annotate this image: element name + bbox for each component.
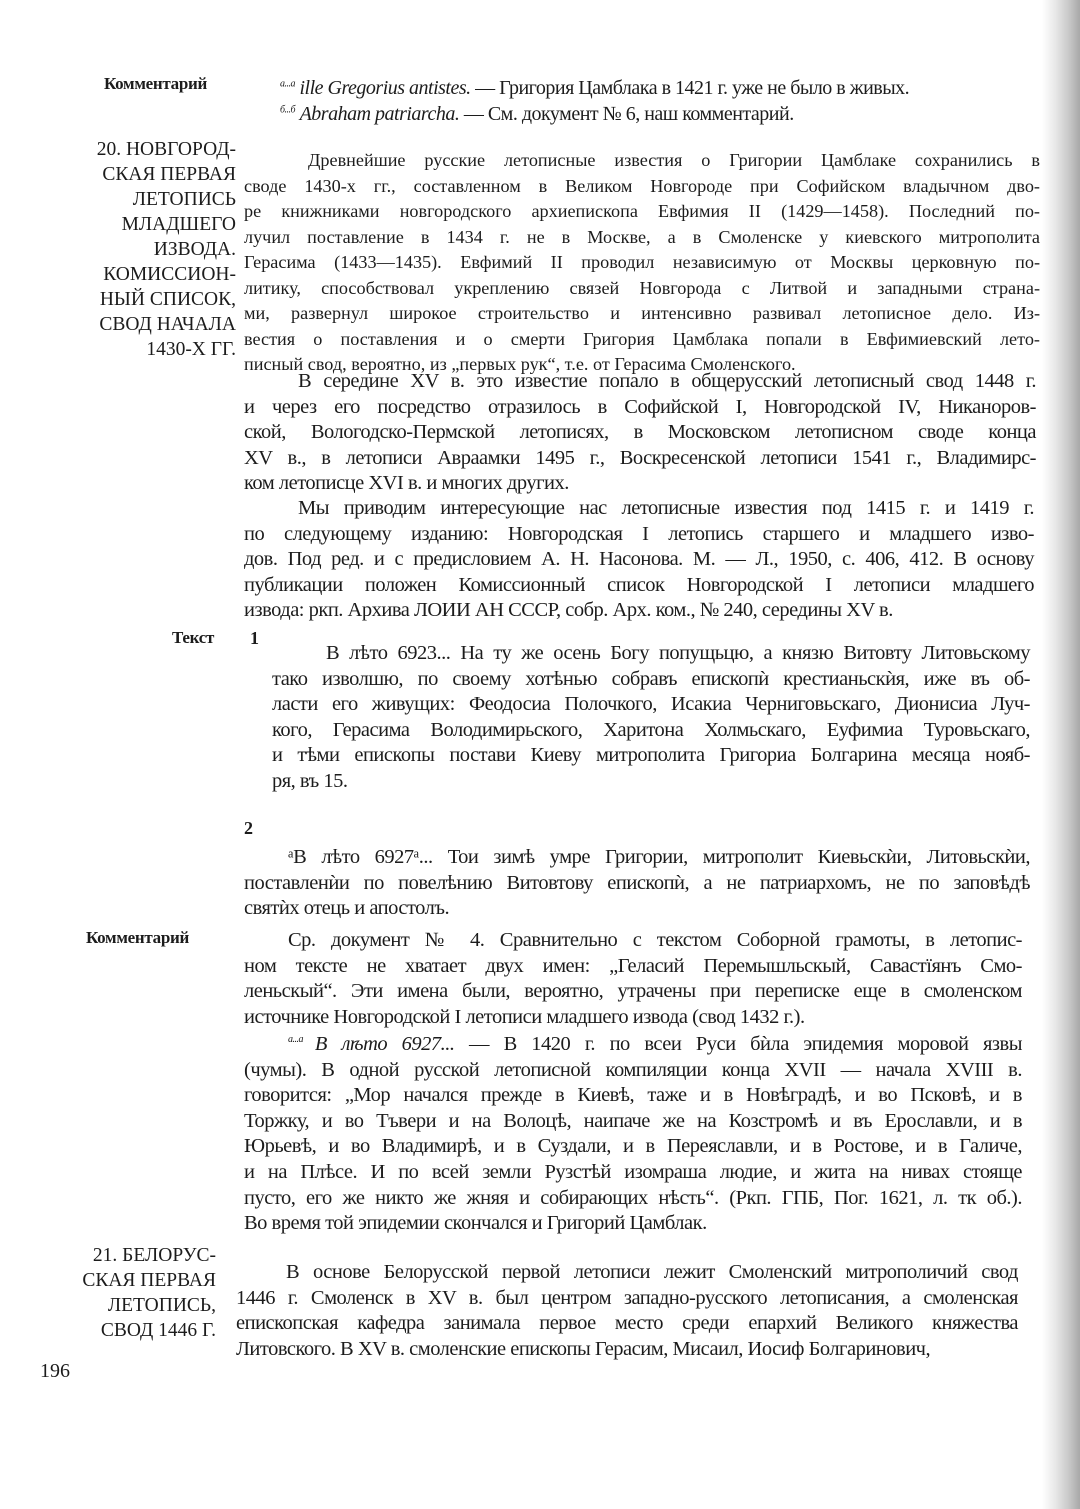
heading-line: СВОД 1446 Г. — [16, 1318, 216, 1343]
heading-line: ИЗВОДА. — [36, 237, 236, 262]
heading-line: СКАЯ ПЕРВАЯ — [16, 1268, 216, 1293]
text-line: и на Плѣсе. И по всей земли Рузстѣй изом… — [244, 1160, 1022, 1185]
heading-line: СКАЯ ПЕРВАЯ — [36, 162, 236, 187]
page-number: 196 — [40, 1360, 70, 1383]
note-mark: б...б — [280, 104, 295, 115]
text-line: 1446 г. Смоленск в XV в. был центром зап… — [236, 1286, 1018, 1311]
heading-line: НЫЙ СПИСОК, — [36, 287, 236, 312]
text-line: Мы приводим интересующие нас летописные … — [298, 496, 1034, 521]
text-line: В середине XV в. это известие попало в о… — [298, 369, 1036, 394]
text-line: и тѣми епископы постави Киеву митрополит… — [272, 743, 1030, 768]
comment-label-top: Комментарий — [104, 74, 207, 94]
text-line: извода: ркп. Архива ЛОИИ АН СССР, собр. … — [244, 598, 1034, 623]
text-line: по следующему изданию: Новгородская I ле… — [244, 522, 1034, 547]
text-line: В основе Белорусской первой летописи леж… — [286, 1260, 1018, 1285]
text-line: ᵃВ лѣто 6927ᵃ... Тои зимѣ умре Григории,… — [288, 845, 1030, 870]
note-text: — В 1420 г. по всеи Руси бѝла эпидемия м… — [455, 1033, 1022, 1055]
text-line: Торжку, и во Тъвери и на Волоцѣ, наипаче… — [244, 1109, 1022, 1134]
text-line: публикации положен Комиссионный список Н… — [244, 573, 1034, 598]
text-line: епископская кафедра занимала первое мест… — [236, 1311, 1018, 1336]
text-line: кого, Герасима Володимирьского, Харитона… — [272, 718, 1030, 743]
text-line: пусто, его же никто же жняя и собирающих… — [244, 1186, 1022, 1211]
text-line: ской, Вологодско-Пермской летописях, в М… — [244, 420, 1036, 445]
text-line: тако изволшю, по своему хотѣнью собравъ … — [272, 667, 1030, 692]
text-label: Текст — [172, 628, 214, 648]
text-line: Литовского. В XV в. смоленские епископы … — [236, 1337, 1018, 1362]
text-line: ласти его живущих: Феодосиа Полочкого, И… — [272, 692, 1030, 717]
text-line: ми, развернул широкое строительство и ин… — [244, 301, 1040, 326]
text-line: Древнейшие русские летописные известия о… — [308, 148, 1040, 173]
heading-line: МЛАДШЕГО — [36, 212, 236, 237]
note-italic: В лѣто 6927... — [315, 1033, 455, 1055]
text-line: говорится: „Мор начался прежде в Киевѣ, … — [244, 1083, 1022, 1108]
text-line: Во время той эпидемии скончался и Григор… — [244, 1211, 1022, 1236]
comment-label: Комментарий — [86, 928, 189, 948]
heading-line: КОМИССИОН- — [36, 262, 236, 287]
heading-line: СВОД НАЧАЛА — [36, 312, 236, 337]
heading-line: 21. БЕЛОРУС- — [16, 1243, 216, 1268]
note-mark: а...а — [288, 1034, 315, 1045]
text-line: леньскый“. Эти имена были, вероятно, утр… — [244, 979, 1022, 1004]
heading-line: 20. НОВГОРОД- — [36, 137, 236, 162]
note-latin: ille Gregorius antistes. — [300, 77, 471, 99]
text-line: литику, способствовал укреплению связей … — [244, 276, 1040, 301]
text-line: вестия о поставления и о смерти Григория… — [244, 327, 1040, 352]
text-line: ре книжниками новгородского архиепископа… — [244, 199, 1040, 224]
note-mark: а...а — [280, 78, 295, 89]
note-text: — См. документ № 6, наш комментарий. — [459, 103, 793, 125]
text-line: святѝх отець и апостолъ. — [244, 896, 1030, 921]
text-line: ря, въ 15. — [272, 769, 1030, 794]
text-number-2: 2 — [244, 818, 253, 839]
text-line: (чумы). В одной русской летописной компи… — [244, 1058, 1022, 1083]
text-line: своде 1430-х гг., составленном в Великом… — [244, 174, 1040, 199]
text-line: XV в., в летописи Авраамки 1495 г., Воск… — [244, 446, 1036, 471]
heading-line: ЛЕТОПИСЬ, — [16, 1293, 216, 1318]
text-line: В лѣто 6923... На ту же осень Богу попущ… — [326, 641, 1030, 666]
text-line: и через его посредство отразилось в Софи… — [244, 395, 1036, 420]
text-line: Ср. документ № 4. Сравнительно с текстом… — [288, 928, 1022, 953]
text-line: а...а В лѣто 6927... — В 1420 г. по всеи… — [288, 1032, 1022, 1057]
heading-line: ЛЕТОПИСЬ — [36, 187, 236, 212]
text-line: Герасима (1433—1435). Евфимий II проводи… — [244, 250, 1040, 275]
text-line: Юрьевѣ, и во Владимирѣ, и в Суздали, и в… — [244, 1134, 1022, 1159]
book-spine-shadow — [1042, 0, 1080, 1509]
heading-line: 1430-Х ГГ. — [36, 337, 236, 362]
text-line: дов. Под ред. и с предисловием А. Н. Нас… — [244, 547, 1034, 572]
text-line: источнике Новгородской I летописи младше… — [244, 1005, 1022, 1030]
text-line: поставленѝи по повелѣнию Витовтову еписк… — [244, 871, 1030, 896]
text-number-1: 1 — [250, 628, 259, 649]
top-note-2: б...б Abraham patriarcha. — См. документ… — [280, 102, 794, 127]
section-21-heading: 21. БЕЛОРУС-СКАЯ ПЕРВАЯЛЕТОПИСЬ,СВОД 144… — [16, 1243, 216, 1343]
top-note-1: а...а ille Gregorius antistes. — Григори… — [280, 76, 909, 101]
text-line: ном тексте не хватает двух имен: „Геласи… — [244, 954, 1022, 979]
note-text: — Григория Цамблака в 1421 г. уже не был… — [471, 77, 910, 99]
section-20-heading: 20. НОВГОРОД-СКАЯ ПЕРВАЯЛЕТОПИСЬМЛАДШЕГО… — [36, 137, 236, 362]
text-line: ком летописце XVI в. и многих других. — [244, 471, 1036, 496]
note-latin: Abraham patriarcha. — [300, 103, 460, 125]
text-line: лучил поставление в 1434 г. не в Москве,… — [244, 225, 1040, 250]
